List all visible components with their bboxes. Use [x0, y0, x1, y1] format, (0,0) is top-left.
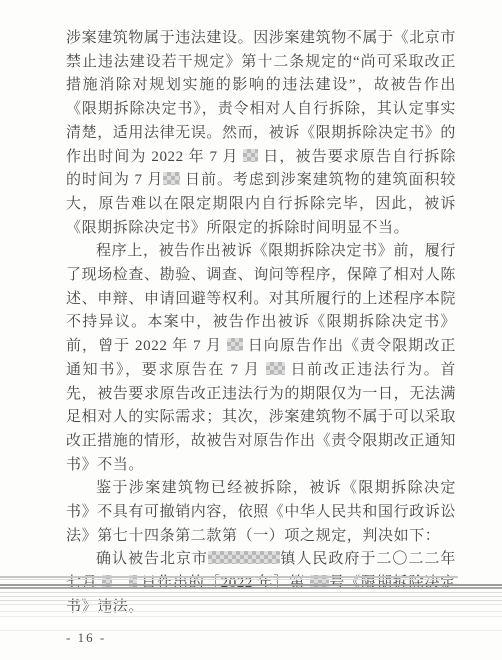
- document-body: 涉案建筑物属于违法建设。因涉案建筑物不属于《北京市禁止违法建设若干规定》第十二条…: [66, 27, 456, 620]
- paragraph: 确认被告北京市镇人民政府于二〇二二年七月 日作出的［2022 年］第 号《限期拆…: [66, 548, 456, 619]
- paragraph: 程序上，被告作出被诉《限期拆除决定书》前，履行了现场检查、勘验、调查、询问等程序…: [66, 240, 456, 477]
- redaction-block: [310, 575, 329, 588]
- redaction-block: [129, 575, 137, 588]
- redaction-block: [243, 149, 258, 162]
- paragraph: 鉴于涉案建筑物已经被拆除，被诉《限期拆除决定书》不具有可撤销内容，依照《中华人民…: [66, 477, 456, 548]
- scanned-judgment-page: 涉案建筑物属于违法建设。因涉案建筑物不属于《北京市禁止违法建设若干规定》第十二条…: [0, 0, 502, 660]
- paragraph: 涉案建筑物属于违法建设。因涉案建筑物不属于《北京市禁止违法建设若干规定》第十二条…: [66, 27, 456, 240]
- redaction-block: [163, 172, 180, 185]
- page-number: - 16 -: [66, 630, 106, 646]
- redaction-block: [227, 338, 243, 351]
- redaction-block: [266, 362, 285, 375]
- redaction-block: [102, 575, 112, 588]
- redaction-block: [208, 551, 280, 564]
